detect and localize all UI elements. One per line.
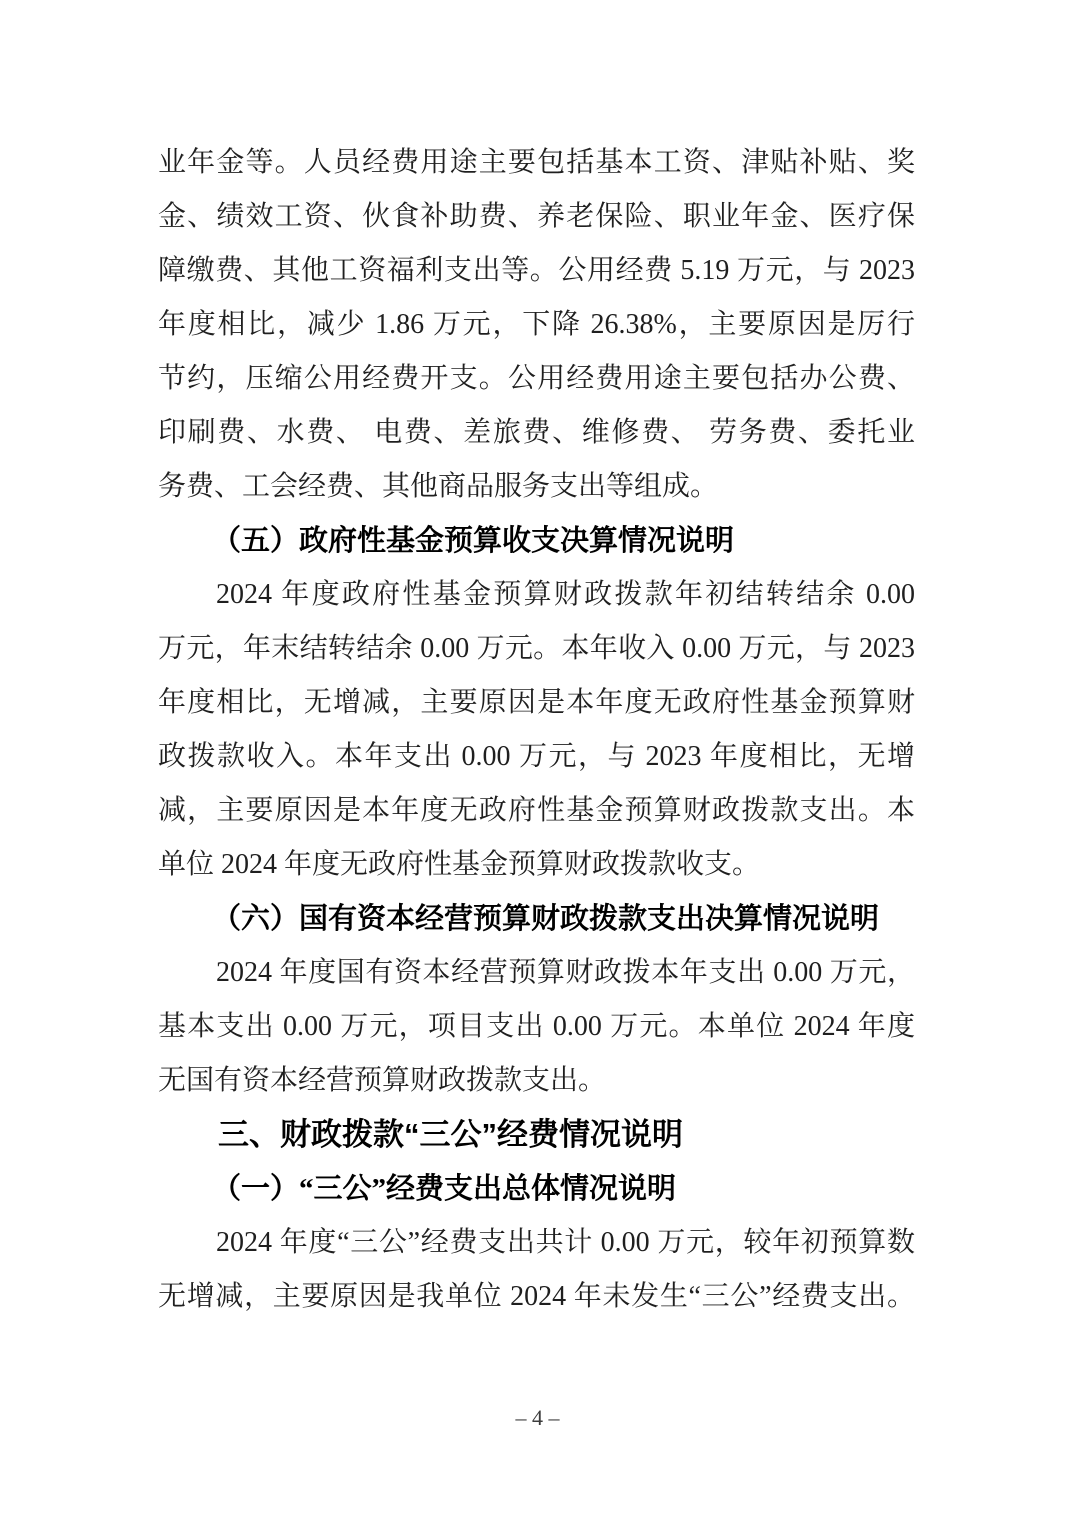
body-line: 印刷费、水费、 电费、差旅费、维修费、 劳务费、委托业 [158,406,915,460]
body-line: 2024 年度政府性基金预算财政拨款年初结转结余 0.00 [158,568,915,622]
body-line: 年度相比，无增减，主要原因是本年度无政府性基金预算财 [158,676,915,730]
page-number: – 4 – [516,1405,560,1430]
body-line: 基本支出 0.00 万元，项目支出 0.00 万元。本单位 2024 年度 [158,1000,915,1054]
page-footer: – 4 – [0,1398,1075,1438]
document-page: 业年金等。人员经费用途主要包括基本工资、津贴补贴、奖 金、绩效工资、伙食补助费、… [0,0,1075,1520]
body-line: 无国有资本经营预算财政拨款支出。 [158,1054,915,1108]
body-line: 务费、工会经费、其他商品服务支出等组成。 [158,460,915,514]
body-line: 业年金等。人员经费用途主要包括基本工资、津贴补贴、奖 [158,136,915,190]
heading-section-five: （五）政府性基金预算收支决算情况说明 [158,514,915,568]
body-line: 万元，年末结转结余 0.00 万元。本年收入 0.00 万元，与 2023 [158,622,915,676]
body-line: 金、绩效工资、伙食补助费、养老保险、职业年金、医疗保 [158,190,915,244]
heading-subsection-one: （一）“三公”经费支出总体情况说明 [158,1162,915,1216]
document-body: 业年金等。人员经费用途主要包括基本工资、津贴补贴、奖 金、绩效工资、伙食补助费、… [158,136,915,1324]
body-line: 无增减，主要原因是我单位 2024 年未发生“三公”经费支出。 [158,1270,915,1324]
body-line: 2024 年度国有资本经营预算财政拨本年支出 0.00 万元， [158,946,915,1000]
body-line: 障缴费、其他工资福利支出等。公用经费 5.19 万元，与 2023 [158,244,915,298]
heading-section-six: （六）国有资本经营预算财政拨款支出决算情况说明 [158,892,915,946]
body-line: 节约，压缩公用经费开支。公用经费用途主要包括办公费、 [158,352,915,406]
body-line: 减，主要原因是本年度无政府性基金预算财政拨款支出。本 [158,784,915,838]
body-line: 年度相比，减少 1.86 万元，下降 26.38%，主要原因是厉行 [158,298,915,352]
body-line: 政拨款收入。本年支出 0.00 万元，与 2023 年度相比，无增 [158,730,915,784]
body-line: 2024 年度“三公”经费支出共计 0.00 万元，较年初预算数 [158,1216,915,1270]
body-line: 单位 2024 年度无政府性基金预算财政拨款收支。 [158,838,915,892]
heading-chapter-three: 三、财政拨款“三公”经费情况说明 [158,1108,915,1162]
